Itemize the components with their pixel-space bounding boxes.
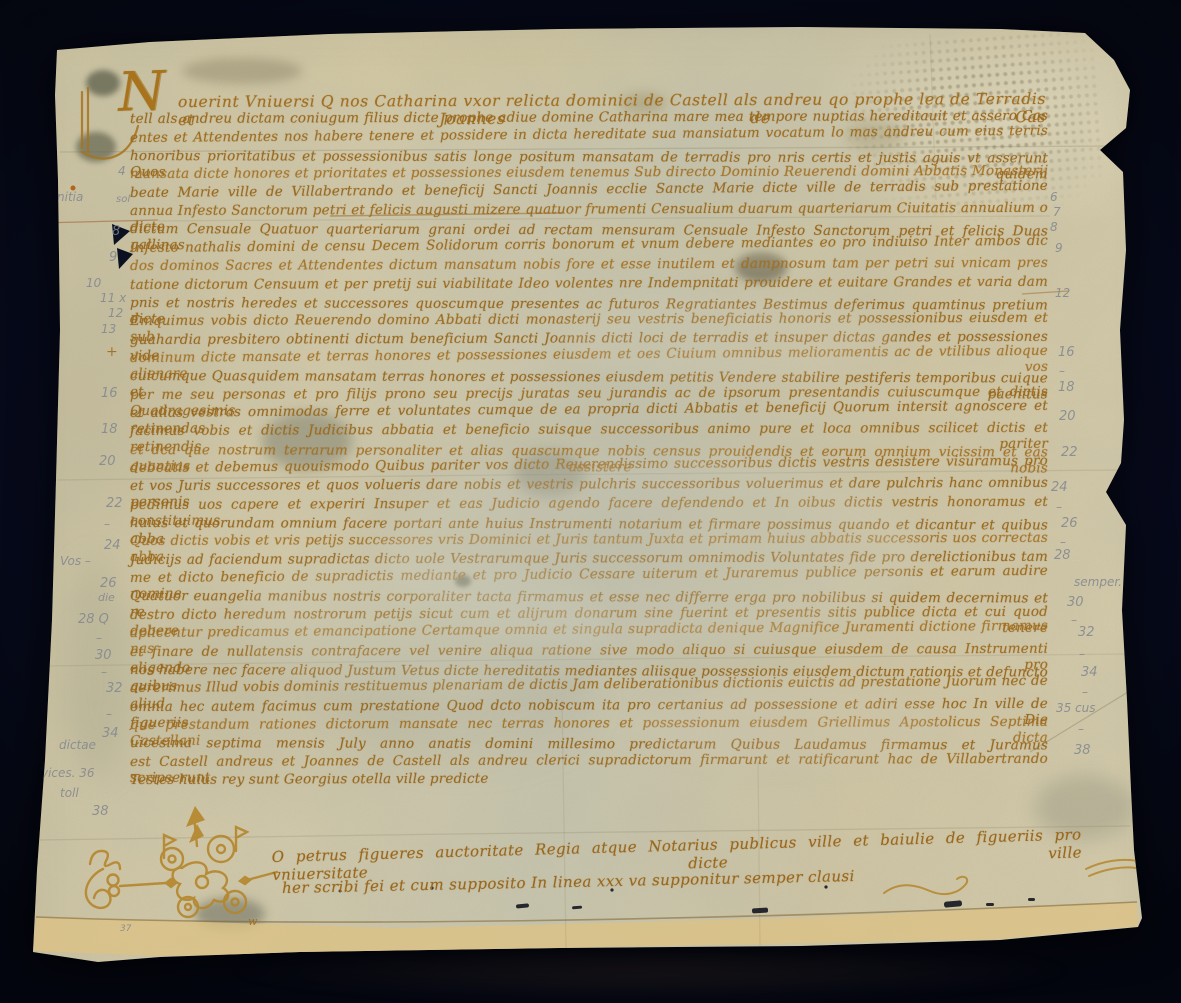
pencil-margin-number: – — [96, 631, 102, 645]
pencil-margin-number: 26 — [100, 576, 117, 591]
pencil-margin-number: 11 x — [100, 291, 126, 305]
pencil-margin-number: 16 — [1058, 345, 1075, 360]
pencil-margin-number: 7 — [1053, 205, 1061, 219]
pencil-margin-number: – — [106, 707, 112, 721]
pencil-margin-number: 37 — [120, 924, 131, 934]
manuscript-line: et finare de nullatensis contrafacere ve… — [130, 640, 1048, 662]
pencil-margin-number: 20 — [1059, 409, 1076, 424]
pencil-margin-number: 24 — [1051, 480, 1068, 495]
pencil-margin-number: 13 — [101, 322, 116, 336]
pencil-margin-number: 26 — [1061, 516, 1078, 531]
pencil-margin-number: 28 Q — [78, 612, 109, 627]
pencil-margin-number: vices. 36 — [41, 766, 95, 780]
pencil-margin-number: 24 — [104, 538, 121, 553]
pencil-margin-number: 18 — [101, 422, 118, 437]
pencil-margin-number: benitia — [42, 190, 83, 204]
manuscript-line: facimus vobis et dictis Judicibus abbati… — [130, 420, 1048, 442]
pencil-margin-number: 38 — [1074, 743, 1091, 758]
pencil-margin-number: 22 — [1061, 445, 1078, 460]
pencil-margin-number: 28 — [1054, 548, 1071, 563]
pencil-margin-number: 16 — [101, 386, 118, 401]
pencil-margin-number: – — [104, 517, 110, 531]
pencil-margin-number: 38 — [92, 804, 109, 819]
manuscript-line: tatione dictorum Censuum et per pretij s… — [130, 273, 1048, 295]
pencil-margin-number: – — [1079, 647, 1085, 661]
pencil-margin-number: toll — [60, 786, 79, 800]
pencil-margin-number: 34 — [102, 726, 119, 741]
pencil-margin-number: – — [1082, 685, 1088, 699]
pencil-margin-number: 34 — [1081, 665, 1098, 680]
photo-background: N ouerint Vniuersi Q nos Catharina vxor … — [0, 0, 1181, 1003]
pencil-margin-number: – — [1059, 364, 1065, 378]
pencil-margin-number: – — [1078, 722, 1084, 736]
pencil-margin-number: 4 — [118, 164, 126, 178]
pencil-margin-number: 20 — [99, 454, 116, 469]
pencil-margin-number: – — [1071, 613, 1077, 627]
manuscript-line: pedimus uos capere et experiri Insuper e… — [130, 493, 1048, 515]
pencil-margin-number: 22 — [106, 496, 123, 511]
ink-margin-mark: w — [248, 915, 257, 928]
pencil-margin-number: 8 — [112, 224, 120, 239]
ink-margin-mark: + — [106, 344, 118, 360]
pencil-margin-number: sol — [116, 194, 130, 205]
manuscript-line: annua Infesto Sanctorum petri et felicis… — [130, 200, 1048, 222]
pencil-margin-number: 32 — [1078, 625, 1095, 640]
pencil-margin-number: semper. — [1074, 575, 1122, 589]
pencil-margin-number: 9 — [109, 250, 117, 265]
pencil-margin-number: 6 — [1050, 190, 1058, 204]
pencil-margin-number: – — [101, 665, 107, 679]
pencil-margin-number: 9 — [1055, 241, 1063, 255]
parchment-sheet: N ouerint Vniuersi Q nos Catharina vxor … — [0, 0, 1181, 1003]
pencil-margin-number: dictae — [59, 738, 96, 752]
pencil-margin-number: die — [98, 591, 115, 604]
pencil-margin-number: – — [1056, 500, 1062, 514]
pencil-margin-number: 30 — [1067, 595, 1084, 610]
pencil-margin-number: 12 — [108, 306, 123, 320]
pencil-margin-number: 12 — [1055, 286, 1070, 300]
pencil-margin-number: 18 — [1058, 380, 1075, 395]
pencil-margin-number: 10 — [86, 276, 101, 290]
pencil-margin-number: 30 — [95, 648, 112, 663]
parchment-document: N ouerint Vniuersi Q nos Catharina vxor … — [0, 0, 1181, 1003]
pencil-margin-number: 8 — [1050, 220, 1058, 234]
manuscript-line: est Castell andreus et Joannes de Castel… — [130, 750, 1048, 772]
pencil-margin-number: Vos – — [60, 554, 91, 568]
pencil-margin-number: 32 — [106, 681, 123, 696]
manuscript-line: que prestandum rationes dictorum mansate… — [130, 714, 1048, 736]
pencil-margin-number: 35 cus — [1056, 701, 1096, 715]
manuscript-line: Testes huius rey sunt Georgius otella vi… — [130, 771, 489, 791]
pencil-margin-number: – — [1060, 535, 1066, 549]
